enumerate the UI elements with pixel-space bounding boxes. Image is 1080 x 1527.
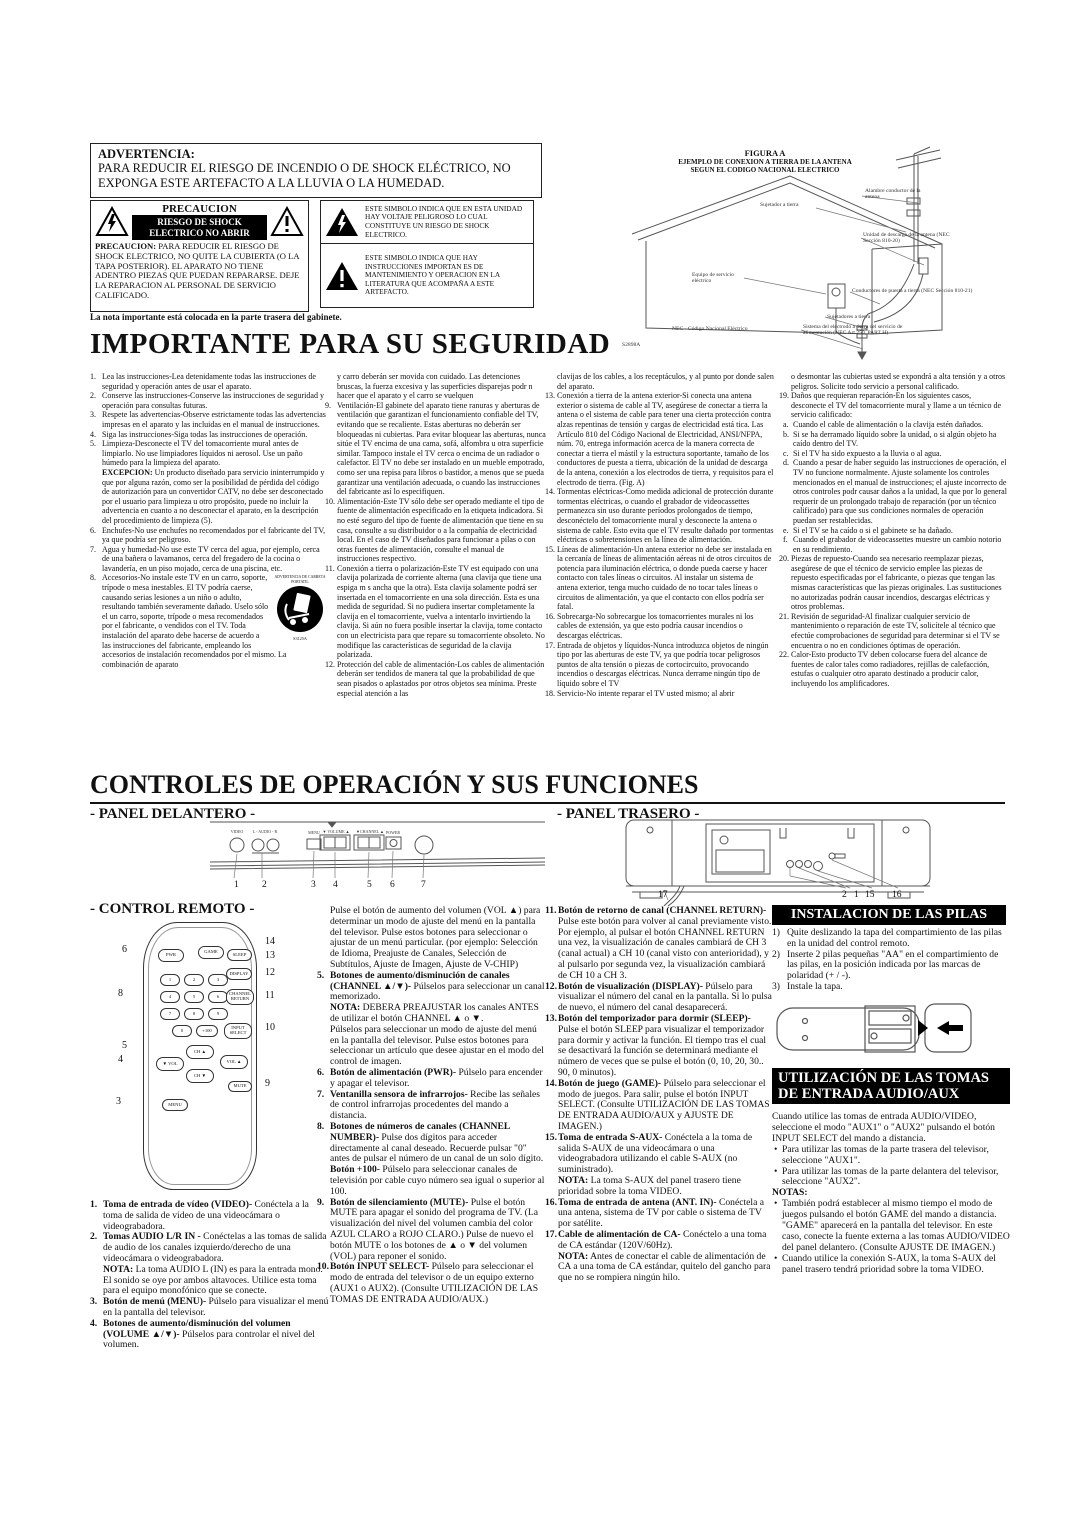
- front-panel-label: L - AUDIO - R: [248, 830, 282, 835]
- safety-item: e.Si el TV se ha caído o si el gabinete …: [783, 526, 1007, 536]
- remote-button: INPUT SELECT: [224, 1023, 252, 1039]
- function-item: 4.Botones de aumento/disminución del vol…: [90, 1319, 330, 1351]
- remote-button: 4: [160, 991, 180, 1003]
- front-panel-label: POWER: [383, 831, 403, 836]
- remote-button: GAME: [198, 946, 224, 959]
- front-panel-callout: 3: [311, 880, 316, 890]
- front-panel-callout: 2: [262, 880, 267, 890]
- remote-button: 7: [160, 1008, 180, 1020]
- manual-page: ADVERTENCIA: PARA REDUCIR EL RIESGO DE I…: [0, 0, 1080, 1527]
- cart-warning-caption: ADVERTENCIA DE CARRETA PORTATIL: [273, 575, 327, 584]
- exclamation-triangle-icon: [270, 206, 304, 237]
- function-item: 5.Botones de aumento/disminución de cana…: [317, 971, 547, 1068]
- battery-installation-diagram: [775, 996, 985, 1056]
- cart-warning-figure: ADVERTENCIA DE CARRETA PORTATIL S3125A: [273, 575, 327, 644]
- lightning-triangle-icon: [95, 206, 129, 237]
- remote-callout: 14: [265, 936, 275, 947]
- precaucion-title: PRECAUCION: [132, 203, 267, 215]
- function-item: 11.Botón de retorno de canal (CHANNEL RE…: [545, 906, 773, 982]
- functions-column-left: 1.Toma de entrada de vídeo (VIDEO)- Coné…: [90, 1200, 330, 1351]
- safety-item: 4.Siga las instrucciones-Siga todas las …: [90, 430, 327, 440]
- battery-section-title: INSTALACION DE LAS PILAS: [772, 905, 1006, 925]
- safety-column-1: 1.Lea las instrucciones-Lea detenidament…: [90, 372, 327, 669]
- remote-callout: 13: [265, 950, 275, 961]
- figure-label: Unidad de descarga de la antena (NEC Sec…: [863, 232, 958, 245]
- figure-a-title: FIGURA A EJEMPLO DE CONEXION A TIERRA DE…: [620, 148, 910, 174]
- safety-item: 1.Lea las instrucciones-Lea detenidament…: [90, 372, 327, 391]
- function-item: 6.Botón de alimentación (PWR)- Púlselo p…: [317, 1068, 547, 1090]
- safety-item: a.Cuando el cable de alimentación o la c…: [783, 420, 1007, 430]
- function-item: 14.Botón de juego (GAME)- Púlselo para s…: [545, 1079, 773, 1133]
- aux-note: •También podrá establecer al mismo tiemp…: [772, 1199, 1010, 1254]
- remote-callout: 11: [265, 990, 275, 1001]
- safety-item: 21.Revisión de seguridad-Al finalizar cu…: [779, 612, 1007, 650]
- safety-item: 9.Ventilación-El gabinete del aparato ti…: [325, 401, 547, 497]
- functions-column-mid: Pulse el botón de aumento del volumen (V…: [317, 906, 547, 1305]
- advertencia-text: PARA REDUCIR EL RIESGO DE INCENDIO O DE …: [98, 161, 534, 190]
- function-item: 17.Cable de alimentación de CA- Conéctel…: [545, 1230, 773, 1284]
- remote-button: SLEEP: [227, 949, 252, 961]
- safety-column-3: clavijas de los cables, a los receptácul…: [545, 372, 775, 698]
- figure-label: Alambre conductor de la antena: [865, 188, 927, 201]
- rear-panel-callout: 2: [842, 890, 847, 900]
- remote-button: 9: [208, 1008, 228, 1020]
- remote-button: +100: [196, 1025, 218, 1037]
- function-item: 12.Botón de visualización (DISPLAY)- Púl…: [545, 982, 773, 1014]
- function-item: 15.Toma de entrada S-AUX- Conéctela a la…: [545, 1133, 773, 1198]
- aux-bullet: •Para utilizar las tomas de la parte tra…: [772, 1145, 1010, 1167]
- safety-item: o desmontar las cubiertas usted se expon…: [779, 372, 1007, 391]
- remote-callout: 8: [118, 988, 123, 999]
- remote-button: 2: [184, 974, 204, 986]
- safety-item: b.Si se ha derramado líquido sobre la un…: [783, 430, 1007, 449]
- remote-button: MENU: [162, 1099, 188, 1111]
- remote-button: MUTE: [228, 1081, 252, 1092]
- function-item: 3.Botón de menú (MENU)- Púlselo para vis…: [90, 1297, 330, 1319]
- cart-warning-icon: [275, 584, 325, 634]
- figure-label: Sistema del electrodo a tierra del servi…: [803, 324, 921, 337]
- exclamation-solid-triangle-icon: [324, 260, 360, 292]
- remote-button: 5: [184, 991, 204, 1003]
- symbol-box-instructions: ESTE SIMBOLO INDICA QUE HAY INSTRUCCIONE…: [320, 243, 534, 308]
- page-title: IMPORTANTE PARA SU SEGURIDAD: [90, 328, 610, 361]
- safety-item: 7.Agua y humedad-No use este TV cerca de…: [90, 545, 327, 574]
- rear-panel-callout: 15: [865, 890, 875, 900]
- safety-item: 15.Líneas de alimentación-Un antena exte…: [545, 545, 775, 612]
- remote-callout: 10: [265, 1022, 275, 1033]
- safety-item: 20.Piezas de repuesto-Cuando sea necesar…: [779, 554, 1007, 612]
- remote-button: 3: [208, 974, 228, 986]
- safety-item: 6.Enchufes-No use enchufes no recomendad…: [90, 526, 327, 545]
- precaucion-box: PRECAUCION RIESGO DE SHOCKELECTRICO NO A…: [90, 200, 309, 312]
- safety-item: 5.Limpieza-Desconecte el TV del tomacorr…: [90, 439, 327, 525]
- safety-item: 12.Protección del cable de alimentación-…: [325, 660, 547, 698]
- remote-callout: 5: [122, 1040, 127, 1051]
- battery-step: 3)Instale la tapa.: [772, 982, 1006, 993]
- safety-column-4: o desmontar las cubiertas usted se expon…: [779, 372, 1007, 689]
- remote-callout: 9: [265, 1078, 270, 1089]
- figure-label: Conductores de puesta a tierra (NEC Secc…: [852, 288, 1002, 294]
- figure-a: FIGURA A EJEMPLO DE CONEXION A TIERRA DE…: [620, 146, 1050, 364]
- function-item: 7.Ventanilla sensora de infrarrojos- Rec…: [317, 1090, 547, 1122]
- remote-body: PWRGAMESLEEPDISPLAY123456CHANNEL RETURN7…: [143, 922, 257, 1190]
- figure-label: Sujetadores a tierra: [827, 314, 917, 320]
- remote-button: 0: [172, 1025, 192, 1037]
- remote-button: CHANNEL RETURN: [226, 989, 254, 1005]
- remote-callout: 12: [265, 967, 275, 978]
- safety-item: y carro deberán ser movida con cuidado. …: [325, 372, 547, 401]
- safety-item: 22.Calor-Esto producto TV deben colocars…: [779, 650, 1007, 688]
- function-item: 2.Tomas AUDIO L/R IN - Conéctelas a las …: [90, 1232, 330, 1297]
- functions-column-right: 11.Botón de retorno de canal (CHANNEL RE…: [545, 906, 773, 1284]
- safety-item: 11.Conexión a tierra o polarización-Este…: [325, 564, 547, 660]
- remote-button: ▼ VOL: [156, 1057, 184, 1071]
- front-panel-diagram: VIDEOL - AUDIO - RMENU▼ VOLUME ▲▼CHANNEL…: [210, 818, 545, 896]
- symbol-box-voltage: ESTE SIMBOLO INDICA QUE EN ESTA UNIDAD H…: [320, 200, 534, 244]
- function-item: Pulse el botón de aumento del volumen (V…: [317, 906, 547, 971]
- remote-button: DISPLAY: [226, 968, 252, 980]
- rear-panel-callout: 16: [892, 890, 902, 900]
- remote-button: 6: [208, 991, 228, 1003]
- safety-item: 13.Conexión a tierra de la antena exteri…: [545, 391, 775, 487]
- safety-item: 18.Servicio-No intente reparar el TV ust…: [545, 689, 775, 699]
- remote-control-diagram: PWRGAMESLEEPDISPLAY123456CHANNEL RETURN7…: [110, 918, 290, 1196]
- safety-item: clavijas de los cables, a los receptácul…: [545, 372, 775, 391]
- figure-label: Sujetador a tierra: [760, 202, 808, 208]
- front-panel-callout: 6: [390, 880, 395, 890]
- battery-step: 2)Inserte 2 pilas pequeñas "AA" en el co…: [772, 950, 1006, 982]
- safety-item: 3.Respete las advertencias-Observe estri…: [90, 410, 327, 429]
- remote-button: 1: [160, 974, 180, 986]
- remote-button: 8: [184, 1008, 204, 1020]
- remote-button: CH ▲: [186, 1045, 214, 1059]
- front-panel-label: VIDEO: [227, 830, 247, 835]
- advertencia-box: ADVERTENCIA: PARA REDUCIR EL RIESGO DE I…: [90, 143, 542, 198]
- front-panel-callout: 5: [367, 880, 372, 890]
- aux-section-text: Cuando utilice las tomas de entrada AUDI…: [772, 1112, 1010, 1276]
- front-panel-callout: 1: [234, 880, 239, 890]
- remote-callout: 4: [118, 1054, 123, 1065]
- lightning-solid-triangle-icon: [324, 206, 360, 238]
- aux-note: •Cuando utilice la conexión S-AUX, la to…: [772, 1254, 1010, 1276]
- figure-label: S2898A: [622, 342, 672, 348]
- remote-button: CH ▼: [186, 1069, 214, 1083]
- aux-intro: Cuando utilice las tomas de entrada AUDI…: [772, 1112, 1010, 1145]
- rear-panel-diagram: 17211516: [620, 816, 940, 906]
- safety-item: 16.Sobrecarga-No sobrecargue los tomacor…: [545, 612, 775, 641]
- front-panel-callout: 4: [333, 880, 338, 890]
- safety-item: 14.Tormentas eléctricas-Como medida adic…: [545, 487, 775, 545]
- remote-callout: 6: [122, 944, 127, 955]
- remote-button: PWR: [158, 949, 184, 962]
- rear-panel-callout: 1: [854, 890, 859, 900]
- safety-item: c.Si el TV ha sido expuesto a la lluvia …: [783, 449, 1007, 459]
- function-item: 16.Toma de entrada de antena (ANT. IN)- …: [545, 1198, 773, 1230]
- function-item: 9.Botón de silenciamiento (MUTE)- Pulse …: [317, 1198, 547, 1263]
- safety-item: d.Cuando a pesar de haber seguido las in…: [783, 458, 1007, 525]
- aux-section-title: UTILIZACIÓN DE LAS TOMASDE ENTRADA AUDIO…: [772, 1068, 1010, 1104]
- safety-item: 17.Entrada de objetos y líquidos-Nunca i…: [545, 641, 775, 689]
- advertencia-title: ADVERTENCIA:: [98, 147, 534, 161]
- front-panel-callout: 7: [421, 880, 426, 890]
- safety-item: 10.Alimentación-Este TV sólo debe ser op…: [325, 497, 547, 564]
- function-item: 1.Toma de entrada de vídeo (VIDEO)- Coné…: [90, 1200, 330, 1232]
- cart-figure-code: S3125A: [273, 634, 327, 644]
- rear-panel-callout: 17: [658, 890, 668, 900]
- battery-step: 1)Quite deslizando la tapa del compartim…: [772, 928, 1006, 950]
- safety-item: f.Cuando el grabador de videocassettes m…: [783, 535, 1007, 554]
- safety-item: 2.Conserve las instrucciones-Conserve la…: [90, 391, 327, 410]
- safety-item: 19.Daños que requieran reparación-En los…: [779, 391, 1007, 420]
- front-panel-label: ▼ VOLUME ▲: [318, 830, 354, 835]
- precaucion-text: PRECAUCION: PARA REDUCIR EL RIESGO DE SH…: [95, 242, 304, 301]
- battery-steps: 1)Quite deslizando la tapa del compartim…: [772, 928, 1006, 993]
- aux-bullet: •Para utilizar las tomas de la parte del…: [772, 1167, 1010, 1189]
- rear-cabinet-note: La nota importante está colocada en la p…: [90, 312, 342, 322]
- figure-label: NEC - Código Nacional Eléctrico: [672, 326, 802, 332]
- figure-label: Equipo de servicio eléctrico: [692, 272, 742, 285]
- safety-item: 8. ADVERTENCIA DE CARRETA PORTATIL S3125…: [90, 573, 327, 669]
- remote-callout: 3: [116, 1096, 121, 1107]
- function-item: 13.Botón del temporizador para dormir (S…: [545, 1014, 773, 1079]
- riesgo-shock-label: RIESGO DE SHOCKELECTRICO NO ABRIR: [132, 215, 267, 240]
- function-item: 10.Botón INPUT SELECT- Púlselo para sele…: [317, 1262, 547, 1305]
- controls-section-title: CONTROLES DE OPERACIÓN Y SUS FUNCIONES: [90, 770, 1005, 804]
- remote-button: VOL ▲: [220, 1055, 248, 1069]
- safety-column-2: y carro deberán ser movida con cuidado. …: [325, 372, 547, 698]
- function-item: 8.Botones de números de canales (CHANNEL…: [317, 1122, 547, 1198]
- remote-title: - CONTROL REMOTO -: [90, 901, 254, 918]
